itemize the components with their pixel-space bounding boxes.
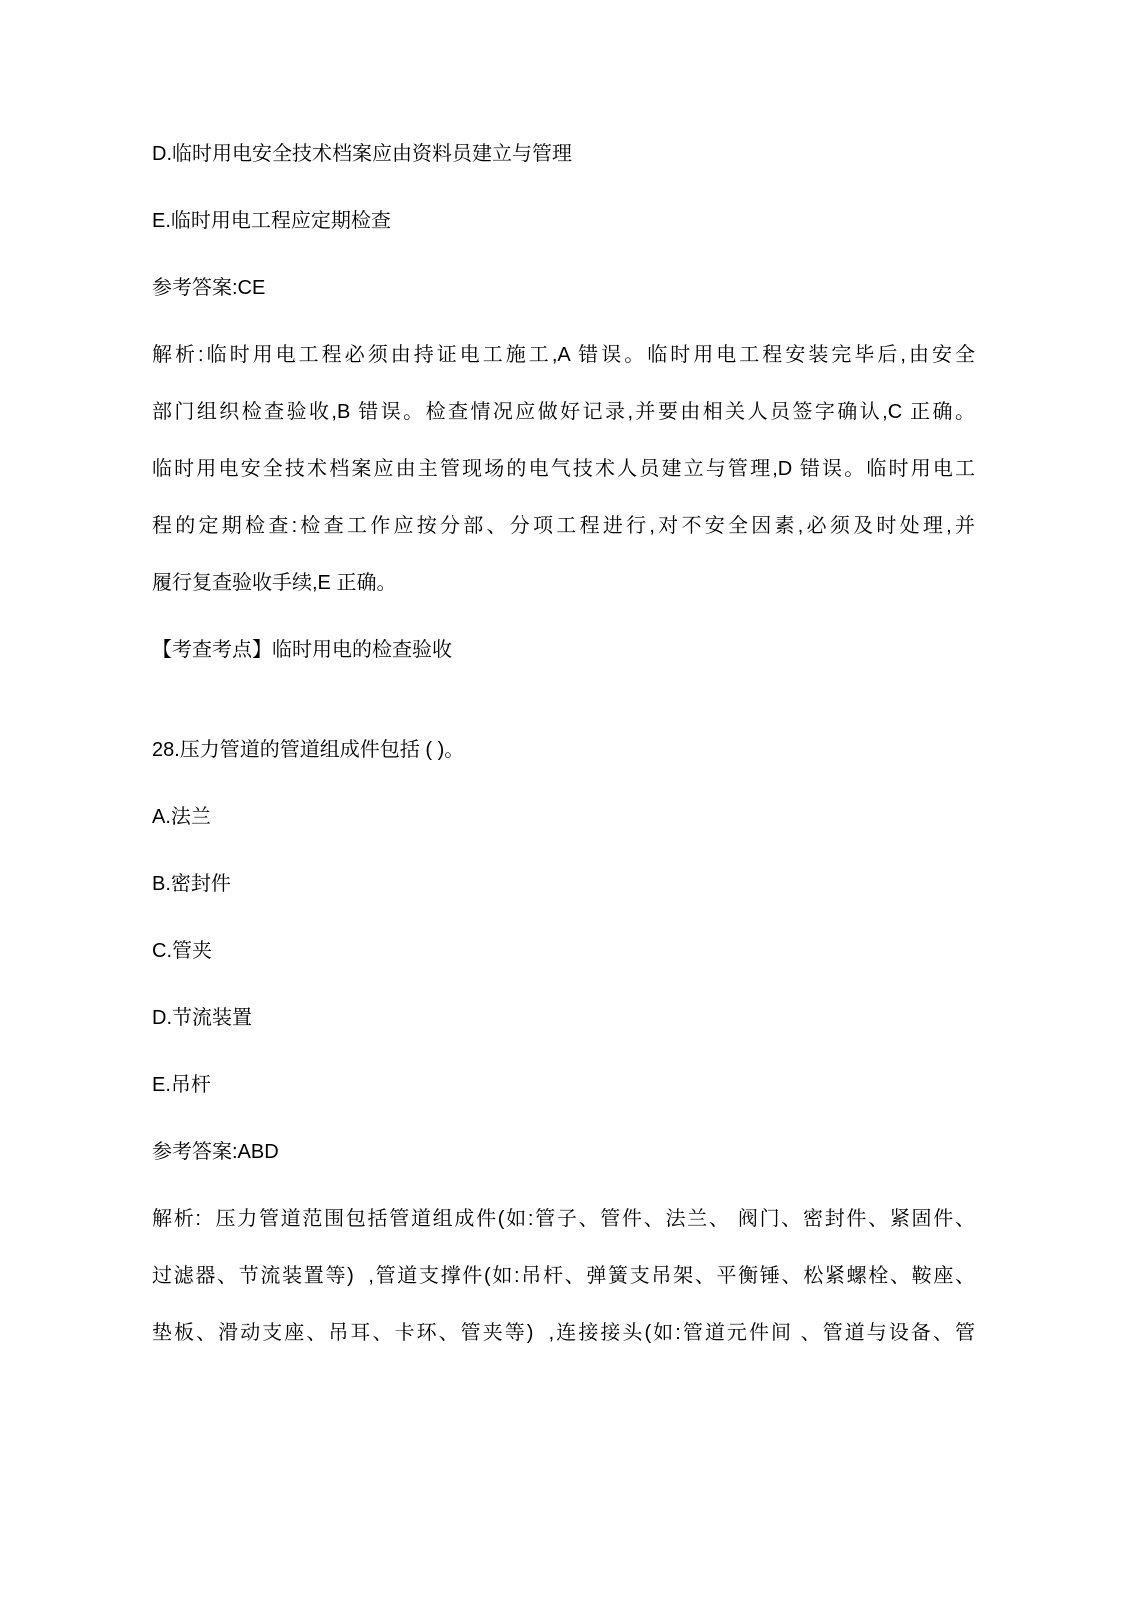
blank-line [152,689,975,722]
q28-option-b: B.密封件 [152,856,975,913]
q27-analysis-line: 程的定期检查:检查工作应按分部、分项工程进行,对不安全因素,必须及时处理,并 [152,498,975,555]
q28-option-c: C.管夹 [152,923,975,980]
q28-stem: 28.压力管道的管道组成件包括 ( )。 [152,722,975,779]
q28-option-a: A.法兰 [152,789,975,846]
q28-analysis-line: 过滤器、节流装置等) ,管道支撑件(如:吊杆、弹簧支吊架、平衡锤、松紧螺栓、鞍座… [152,1248,975,1305]
q28-answer-line: 参考答案:ABD [152,1124,975,1181]
q27-analysis-line: 临时用电安全技术档案应由主管现场的电气技术人员建立与管理,D 错误。临时用电工 [152,441,975,498]
q27-option-e: E.临时用电工程应定期检查 [152,193,975,250]
q28-option-e: E.吊杆 [152,1057,975,1114]
q28-analysis-line: 垫板、滑动支座、吊耳、卡环、管夹等) ,连接接头(如:管道元件间 、管道与设备、… [152,1305,975,1362]
q28-analysis-paragraph: 解析: 压力管道范围包括管道组成件(如:管子、管件、法兰、 阀门、密封件、紧固件… [152,1191,975,1362]
q27-analysis-line: 履行复查验收手续,E 正确。 [152,555,975,612]
q27-analysis-line: 部门组织检查验收,B 错误。检查情况应做好记录,并要由相关人员签字确认,C 正确… [152,384,975,441]
q28-analysis-line: 解析: 压力管道范围包括管道组成件(如:管子、管件、法兰、 阀门、密封件、紧固件… [152,1191,975,1248]
document-page: D.临时用电安全技术档案应由资料员建立与管理 E.临时用电工程应定期检查 参考答… [0,0,1131,1600]
q27-option-d: D.临时用电安全技术档案应由资料员建立与管理 [152,126,975,183]
q27-exam-point: 【考查考点】临时用电的检查验收 [152,622,975,679]
q27-analysis-line: 解析:临时用电工程必须由持证电工施工,A 错误。临时用电工程安装完毕后,由安全 [152,327,975,384]
q27-analysis-paragraph: 解析:临时用电工程必须由持证电工施工,A 错误。临时用电工程安装完毕后,由安全 … [152,327,975,612]
q28-option-d: D.节流装置 [152,990,975,1047]
q27-answer-line: 参考答案:CE [152,260,975,317]
